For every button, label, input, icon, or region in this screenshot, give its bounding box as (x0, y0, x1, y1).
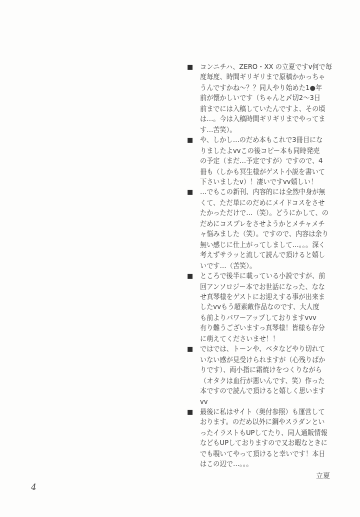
afterword-paragraph: ■や、しかし…のだめ本もこれで3冊目になりましたよvvこの後コピー本も同時発売の… (187, 135, 333, 187)
text-line: コンニチハ、ZERO・XX の立夏ですv何で毎 (200, 62, 333, 72)
text-line: ったイラストもUPしてたり、同人通販情報 (200, 428, 333, 438)
text-line: …でもこの新刊、内容的には全然中身が無 (200, 187, 333, 197)
text-line: ところで後半に載っている小説ですが、前 (200, 271, 333, 281)
text-line: たかっただけで…（笑）。どうにかして、の (200, 208, 333, 218)
bullet-square-icon: ■ (187, 135, 200, 145)
text-line: 度毎度、時間ギリギリまで原稿かかっちゃ (200, 72, 333, 82)
text-line: vv (200, 397, 333, 407)
bullet-square-icon: ■ (187, 271, 200, 281)
afterword-paragraph: ■最後に私はサイト（奥付参照）も運営しております。のだめ以外に鋼やスラダンといっ… (187, 407, 333, 470)
afterword-paragraph: ■ところで後半に載っている小説ですが、前回アンソロジー本でお世話になった、ななせ… (187, 271, 333, 344)
text-line: も前よりパワーアップしておりますvvv (200, 313, 333, 323)
bullet-square-icon: ■ (187, 62, 200, 72)
text-line: したvvもう超素敵作品なのです、大人度 (200, 302, 333, 312)
paragraph-lines: 最後に私はサイト（奥付参照）も運営しております。のだめ以外に鋼やスラダンといった… (200, 407, 333, 470)
bullet-square-icon: ■ (187, 344, 200, 354)
text-line: 前が懐かしいです（ちゃんと〆切2～3日 (200, 93, 333, 103)
text-line: うんですかね～？？同人やり始めた1●年 (200, 83, 333, 93)
text-line: 冊も（しかも冥生様がゲスト小説を書いて (200, 167, 333, 177)
text-line: でも覗いてやって頂けると幸いです！本日 (200, 449, 333, 459)
text-line: ではでは、トーンや、ベタなどやり切れて (200, 344, 333, 354)
scanned-page: ■コンニチハ、ZERO・XX の立夏ですv何で毎度毎度、時間ギリギリまで原稿かか… (0, 0, 360, 517)
text-line: に萌えてくださいませ！！ (200, 334, 333, 344)
text-line: いない感が見受けられますが（心残りばか (200, 355, 333, 365)
text-line: ャ悩みました（笑）。ですので、内容は余り (200, 229, 333, 239)
paragraph-lines: コンニチハ、ZERO・XX の立夏ですv何で毎度毎度、時間ギリギリまで原稿かかっ… (200, 62, 333, 135)
text-line: りましたよvvこの後コピー本も同時発売 (200, 146, 333, 156)
afterword-text-block: ■コンニチハ、ZERO・XX の立夏ですv何で毎度毎度、時間ギリギリまで原稿かか… (187, 62, 333, 470)
text-line: おります。のだめ以外に鋼やスラダンとい (200, 417, 333, 427)
text-line: 前までには入稿していたんですよ、その頃 (200, 104, 333, 114)
text-line: 考えずサラッと流して読んで頂けると嬉し (200, 250, 333, 260)
text-line: はこの辺で…。。。 (200, 459, 333, 469)
paragraph-lines: …でもこの新刊、内容的には全然中身が無くて、ただ単にのだめにメイドコスをさせたか… (200, 187, 333, 271)
text-line: 有り難うございますっ真琴様！皆様も存分 (200, 323, 333, 333)
bullet-square-icon: ■ (187, 187, 200, 197)
text-line: す…苦笑）。 (200, 125, 333, 135)
paragraph-lines: ところで後半に載っている小説ですが、前回アンソロジー本でお世話になった、ななせ真… (200, 271, 333, 344)
text-line: は…。今は入稿時間ギリギリまでやってま (200, 114, 333, 124)
paragraph-lines: や、しかし…のだめ本もこれで3冊目になりましたよvvこの後コピー本も同時発売の予… (200, 135, 333, 187)
text-line: 最後に私はサイト（奥付参照）も運営して (200, 407, 333, 417)
text-line: りです）、両小指に霜焼けをつくりながら (200, 365, 333, 375)
text-line: 無い感じに仕上がってしまして…。。。深く (200, 240, 333, 250)
text-line: くて、ただ単にのだめにメイドコスをさせ (200, 198, 333, 208)
paragraph-lines: ではでは、トーンや、ベタなどやり切れていない感が見受けられますが（心残りばかりで… (200, 344, 333, 407)
text-line: （オタクは血行が悪いんです、笑）作った (200, 376, 333, 386)
afterword-paragraph: ■ではでは、トーンや、ベタなどやり切れていない感が見受けられますが（心残りばかり… (187, 344, 333, 407)
text-line: いです…（苦笑）。 (200, 261, 333, 271)
afterword-paragraph: ■…でもこの新刊、内容的には全然中身が無くて、ただ単にのだめにメイドコスをさせた… (187, 187, 333, 271)
text-line: 下さいましたv）！凄いですvv嬉しい！ (200, 177, 333, 187)
page-number: 4 (31, 483, 36, 493)
text-line: の予定（まだ…予定ですが）ですので、4 (200, 156, 333, 166)
author-signature: 立夏 (316, 471, 330, 481)
bullet-square-icon: ■ (187, 407, 200, 417)
text-line: や、しかし…のだめ本もこれで3冊目にな (200, 135, 333, 145)
afterword-paragraph: ■コンニチハ、ZERO・XX の立夏ですv何で毎度毎度、時間ギリギリまで原稿かか… (187, 62, 333, 135)
text-line: 本ですので読んで頂けると嬉しく思います (200, 386, 333, 396)
text-line: だめにコスプレをさせようかとメチャメチ (200, 219, 333, 229)
text-line: 回アンソロジー本でお世話になった、なな (200, 282, 333, 292)
text-line: せ真琴様をゲストにお迎えする事が出来ま (200, 292, 333, 302)
text-line: などもUPしておりますので又お暇なときに (200, 438, 333, 448)
